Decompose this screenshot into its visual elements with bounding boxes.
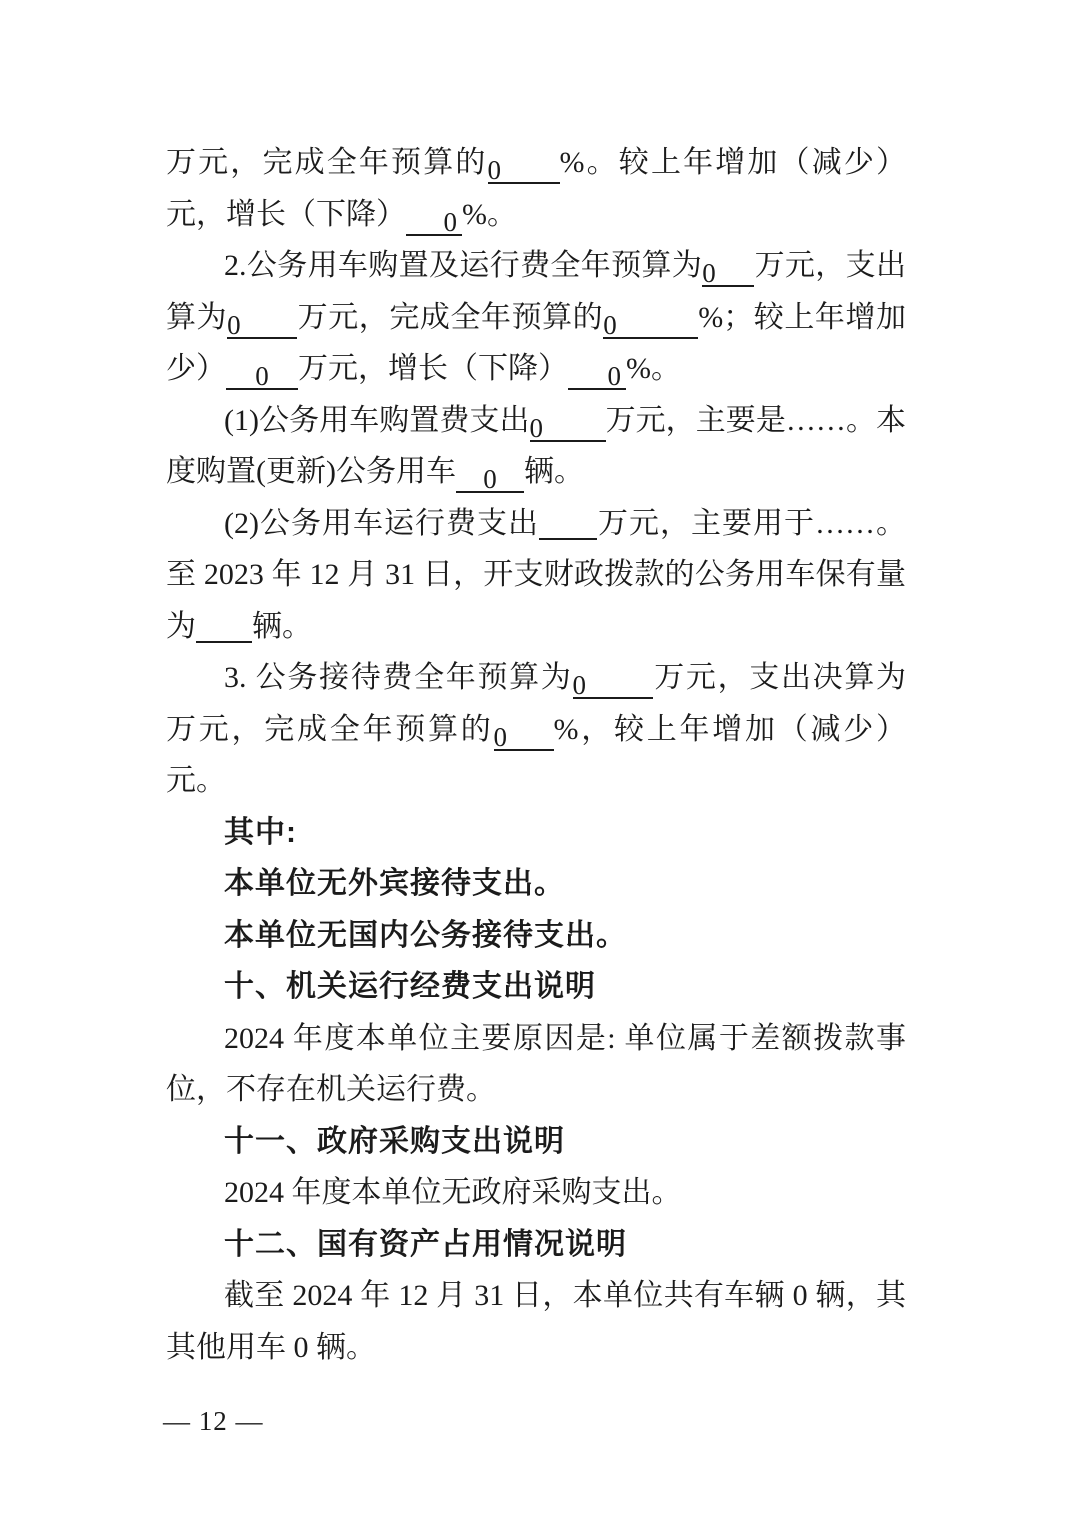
doc-line-17: 十、机关运行经费支出说明 <box>166 961 906 1013</box>
text-run: 2024 年度本单位主要原因是: 单位属于差额拨款事业单 <box>166 1022 906 1065</box>
page-number: — 12 — <box>163 1406 264 1436</box>
text-run: 至 2023 年 12 月 31 日，开支财政拨款的公务用车保有量 <box>166 558 906 591</box>
doc-line-2: 元，增长（下降）0%。 <box>166 189 906 241</box>
blank-field: 0 <box>603 303 698 339</box>
text-run: 元。 <box>166 764 226 797</box>
doc-line-7: 度购置(更新)公务用车0辆。 <box>166 446 906 498</box>
doc-line-5: 少）0万元，增长（下降）0%。 <box>166 343 906 395</box>
text-run: 辆。 <box>252 610 312 643</box>
doc-line-24: 其他用车 0 辆。 <box>166 1322 906 1374</box>
blank-field: 0 <box>530 406 606 442</box>
blank-field <box>196 607 252 643</box>
text-run: 截至 2024 年 12 月 31 日，本单位共有车辆 0 辆，其中 <box>166 1279 906 1322</box>
blank-field: 0 <box>226 354 298 390</box>
text-run: 万元，完成全年预算的 <box>166 146 488 179</box>
text-run: %，较上年增加（减少） <box>554 713 907 746</box>
doc-line-23: 截至 2024 年 12 月 31 日，本单位共有车辆 0 辆，其中 <box>166 1270 906 1322</box>
text-run: 位，不存在机关运行费。 <box>166 1073 496 1106</box>
blank-field: 0 <box>227 303 297 339</box>
doc-line-19: 位，不存在机关运行费。 <box>166 1064 906 1116</box>
text-run: 本单位无外宾接待支出。 <box>224 867 565 900</box>
doc-line-12: 万元，完成全年预算的0%，较上年增加（减少）0万 <box>166 704 906 756</box>
text-run: %。 <box>626 352 681 385</box>
text-run: (2)公务用车运行费支出 <box>224 507 539 540</box>
text-run: 为 <box>166 610 196 643</box>
blank-field <box>539 504 597 540</box>
doc-line-16: 本单位无国内公务接待支出。 <box>166 910 906 962</box>
doc-line-21: 2024 年度本单位无政府采购支出。 <box>166 1167 906 1219</box>
doc-line-9: 至 2023 年 12 月 31 日，开支财政拨款的公务用车保有量 <box>166 549 906 601</box>
doc-line-10: 为辆。 <box>166 601 906 653</box>
text-run: 其他用车 0 辆。 <box>166 1331 376 1364</box>
text-run: 其中: <box>224 816 297 849</box>
doc-line-22: 十二、国有资产占用情况说明 <box>166 1219 906 1271</box>
doc-line-4: 算为0万元，完成全年预算的0%；较上年增加（减 <box>166 292 906 344</box>
text-run: 万元，完成全年预算的 <box>297 301 603 334</box>
text-run: 本单位无国内公务接待支出。 <box>224 919 627 952</box>
blank-field: 0 <box>573 663 653 699</box>
text-run: 万元，增长（下降） <box>298 352 568 385</box>
doc-line-20: 十一、政府采购支出说明 <box>166 1116 906 1168</box>
blank-field: 0 <box>702 251 754 287</box>
text-run: 辆。 <box>524 455 584 488</box>
text-run: 2024 年度本单位无政府采购支出。 <box>224 1176 682 1209</box>
text-run: 元，增长（下降） <box>166 198 406 231</box>
document-page: 万元，完成全年预算的0%。较上年增加（减少）0万元，增长（下降）0%。2.公务用… <box>0 0 1074 1520</box>
text-run: 十一、政府采购支出说明 <box>224 1125 565 1158</box>
text-run: 十二、国有资产占用情况说明 <box>224 1228 627 1261</box>
text-run: (1)公务用车购置费支出 <box>224 404 530 437</box>
doc-line-11: 3. 公务接待费全年预算为0万元，支出决算为 <box>166 652 906 704</box>
page-footer: — 12 — <box>163 1406 264 1437</box>
text-run: 万元，支出决算为 <box>653 661 906 694</box>
blank-field: 0 <box>488 148 560 184</box>
blank-field: 0 <box>406 200 462 236</box>
text-run: %。 <box>462 198 517 231</box>
text-run: %。较上年增加（减少） <box>560 146 907 179</box>
text-run: 十、机关运行经费支出说明 <box>224 970 596 1003</box>
blank-field: 0 <box>456 457 524 493</box>
doc-line-8: (2)公务用车运行费支出万元，主要用于……。截 <box>166 498 906 550</box>
text-run: 3. 公务接待费全年预算为 <box>224 661 573 694</box>
text-run: 少） <box>166 352 226 385</box>
doc-line-3: 2.公务用车购置及运行费全年预算为0万元，支出决 <box>166 240 906 292</box>
document-body: 万元，完成全年预算的0%。较上年增加（减少）0万元，增长（下降）0%。2.公务用… <box>166 137 906 1373</box>
blank-field: 0 <box>568 354 626 390</box>
text-run: 算为 <box>166 301 227 334</box>
doc-line-14: 其中: <box>166 807 906 859</box>
doc-line-1: 万元，完成全年预算的0%。较上年增加（减少）0万 <box>166 137 906 189</box>
doc-line-18: 2024 年度本单位主要原因是: 单位属于差额拨款事业单 <box>166 1013 906 1065</box>
doc-line-6: (1)公务用车购置费支出0万元，主要是……。本年 <box>166 395 906 447</box>
blank-field: 0 <box>494 715 554 751</box>
doc-line-13: 元。 <box>166 755 906 807</box>
text-run: 2.公务用车购置及运行费全年预算为 <box>224 249 702 282</box>
text-run: 万元，完成全年预算的 <box>166 713 494 746</box>
text-run: 度购置(更新)公务用车 <box>166 455 456 488</box>
doc-line-15: 本单位无外宾接待支出。 <box>166 858 906 910</box>
